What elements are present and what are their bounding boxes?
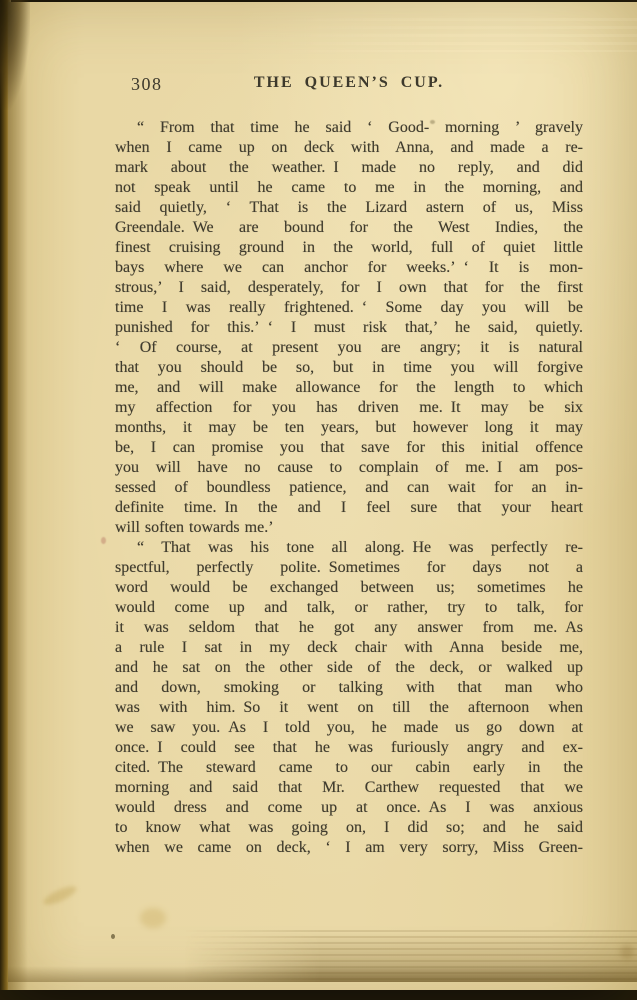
paper-sheen <box>272 18 637 52</box>
text-line: will soften towards me.’ <box>115 518 583 538</box>
text-line: “ From that time he said ‘ Good- morning… <box>115 118 583 138</box>
text-line: spectful, perfectly polite. Sometimes fo… <box>115 558 583 578</box>
text-line: Greendale. We are bound for the West Ind… <box>115 218 583 238</box>
text-line: was with him. So it went on till the aft… <box>115 698 583 718</box>
text-line: would come up and talk, or rather, try t… <box>115 598 583 618</box>
text-line: months, it may be ten years, but however… <box>115 418 583 438</box>
text-line: ‘ Of course, at present you are angry; i… <box>115 338 583 358</box>
text-line: time I was really frightened. ‘ Some day… <box>115 298 583 318</box>
paragraph: “ From that time he said ‘ Good- morning… <box>115 118 583 538</box>
text-line: we saw you. As I told you, he made us go… <box>115 718 583 738</box>
text-line: and down, smoking or talking with that m… <box>115 678 583 698</box>
text-line: once. I could see that he was furiously … <box>115 738 583 758</box>
text-line: my affection for you has driven me. It m… <box>115 398 583 418</box>
text-line: finest cruising ground in the world, ful… <box>115 238 583 258</box>
page-text: “ From that time he said ‘ Good- morning… <box>115 118 583 858</box>
text-line: said quietly, ‘ That is the Lizard aster… <box>115 198 583 218</box>
stacked-page-edges <box>184 930 637 982</box>
text-line: bays where we can anchor for weeks.’ ‘ I… <box>115 258 583 278</box>
text-line: me, and will make allowance for the leng… <box>115 378 583 398</box>
text-line: you will have no cause to complain of me… <box>115 458 583 478</box>
text-line: a rule I sat in my deck chair with Anna … <box>115 638 583 658</box>
printed-content: 308 THE QUEEN’S CUP. “ From that time he… <box>115 74 583 858</box>
scanned-book-photo: { "page": { "number": "308", "running_he… <box>0 0 637 1000</box>
text-line: that you should be so, but in time you w… <box>115 358 583 378</box>
page-header-row: 308 THE QUEEN’S CUP. <box>115 74 583 96</box>
text-line: would dress and come up at once. As I wa… <box>115 798 583 818</box>
text-line: definite time. In the and I feel sure th… <box>115 498 583 518</box>
text-line: and he sat on the other side of the deck… <box>115 658 583 678</box>
text-line: “ That was his tone all along. He was pe… <box>115 538 583 558</box>
text-line: punished for this.’ ‘ I must risk that,’… <box>115 318 583 338</box>
text-line: to know what was going on, I did so; and… <box>115 818 583 838</box>
text-line: morning and said that Mr. Carthew reques… <box>115 778 583 798</box>
book-page: 308 THE QUEEN’S CUP. “ From that time he… <box>8 2 637 990</box>
text-line: when we came on deck, ‘ I am very sorry,… <box>115 838 583 858</box>
text-line: word would be exchanged between us; some… <box>115 578 583 598</box>
text-line: it was seldom that he got any answer fro… <box>115 618 583 638</box>
text-line: mark about the weather. I made no reply,… <box>115 158 583 178</box>
page-number: 308 <box>131 74 163 95</box>
text-line: not speak until he came to me in the mor… <box>115 178 583 198</box>
text-line: strous,’ I said, desperately, for I own … <box>115 278 583 298</box>
paragraph: “ That was his tone all along. He was pe… <box>115 538 583 858</box>
text-line: when I came up on deck with Anna, and ma… <box>115 138 583 158</box>
bottom-page-edge-shadow <box>8 966 637 982</box>
text-line: cited. The steward came to our cabin ear… <box>115 758 583 778</box>
text-line: be, I can promise you that save for this… <box>115 438 583 458</box>
text-line: sessed of boundless patience, and can wa… <box>115 478 583 498</box>
running-header: THE QUEEN’S CUP. <box>115 74 583 92</box>
